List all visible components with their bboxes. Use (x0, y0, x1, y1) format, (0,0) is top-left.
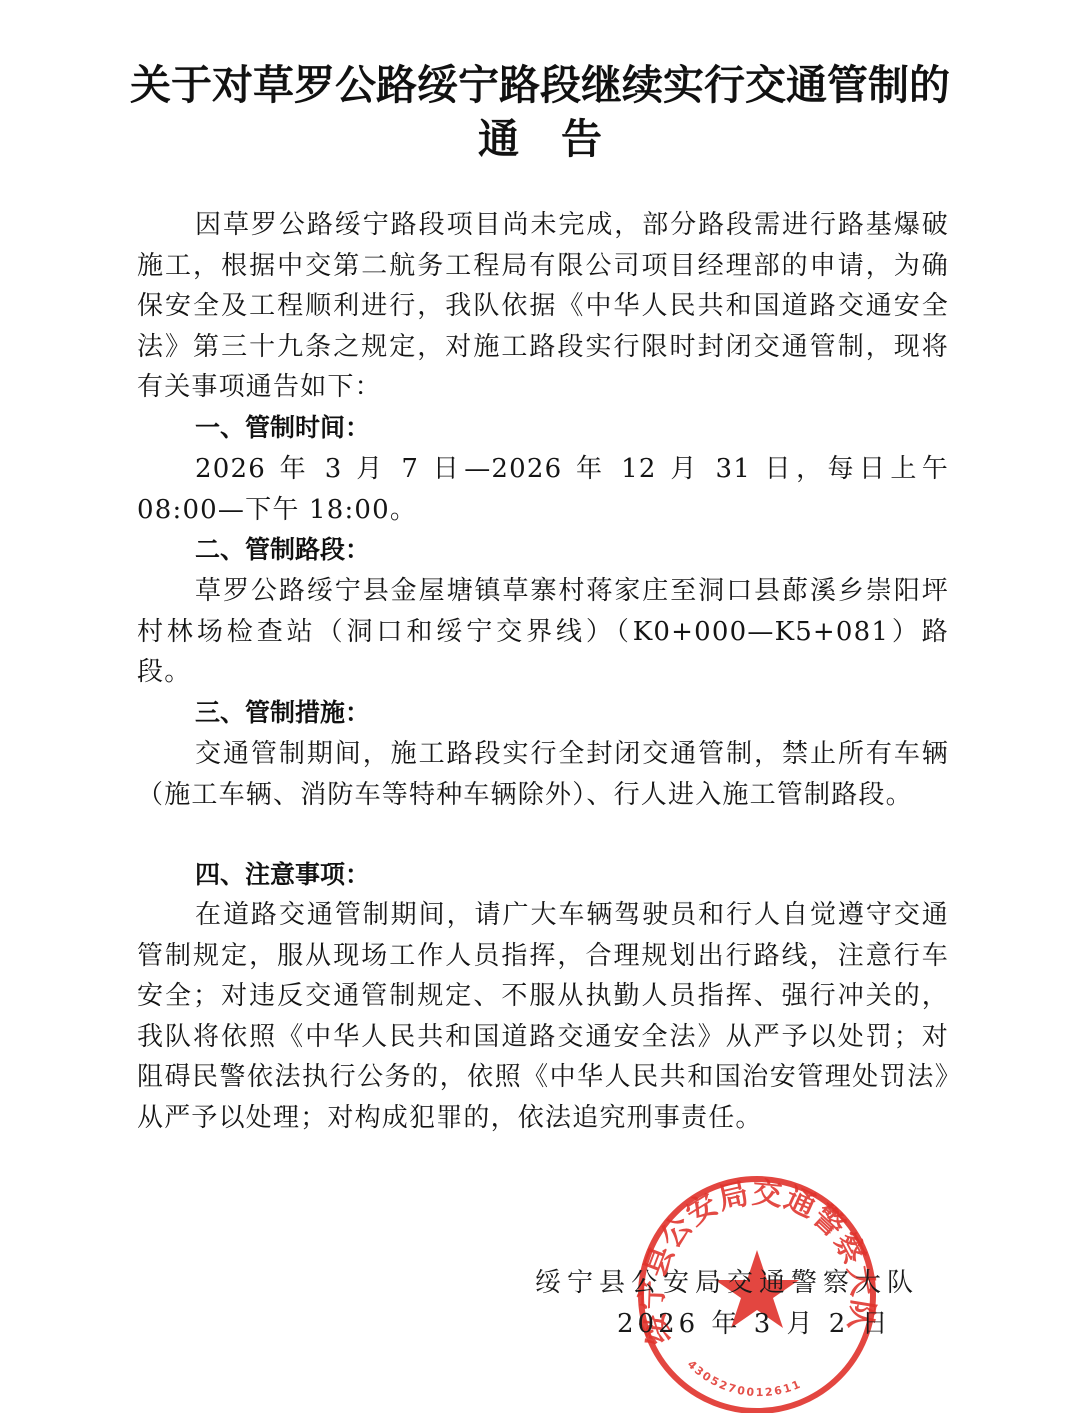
notice-title-line1: 关于对草罗公路绥宁路段继续实行交通管制的 (0, 52, 1080, 111)
section-heading-road: 二、管制路段： (195, 530, 370, 570)
section-body-measures: 交通管制期间，施工路段实行全封闭交通管制，禁止所有车辆（施工车辆、消防车等特种车… (137, 734, 949, 815)
svg-text:4305270012611: 4305270012611 (685, 1358, 804, 1399)
section-body-time: 2026 年 3 月 7 日—2026 年 12 月 31 日，每日上午 08:… (137, 449, 949, 530)
issue-date: 2026 年 3 月 2 日 (617, 1303, 892, 1340)
issuer-name: 绥宁县公安局交通警察大队 (535, 1262, 919, 1299)
section-heading-notes: 四、注意事项： (195, 855, 370, 895)
notice-title-line2: 通告 (0, 106, 1080, 165)
section-heading-time: 一、管制时间： (195, 408, 370, 448)
stamp-code: 4305270012611 (685, 1358, 804, 1399)
intro-paragraph: 因草罗公路绥宁路段项目尚未完成，部分路段需进行路基爆破施工，根据中交第二航务工程… (137, 205, 949, 408)
section-heading-measures: 三、管制措施： (195, 693, 370, 733)
section-body-notes: 在道路交通管制期间，请广大车辆驾驶员和行人自觉遵守交通管制规定，服从现场工作人员… (137, 895, 949, 1138)
section-body-road: 草罗公路绥宁县金屋塘镇草寨村蒋家庄至洞口县蓈溪乡崇阳坪村林场检查站（洞口和绥宁交… (137, 571, 949, 693)
